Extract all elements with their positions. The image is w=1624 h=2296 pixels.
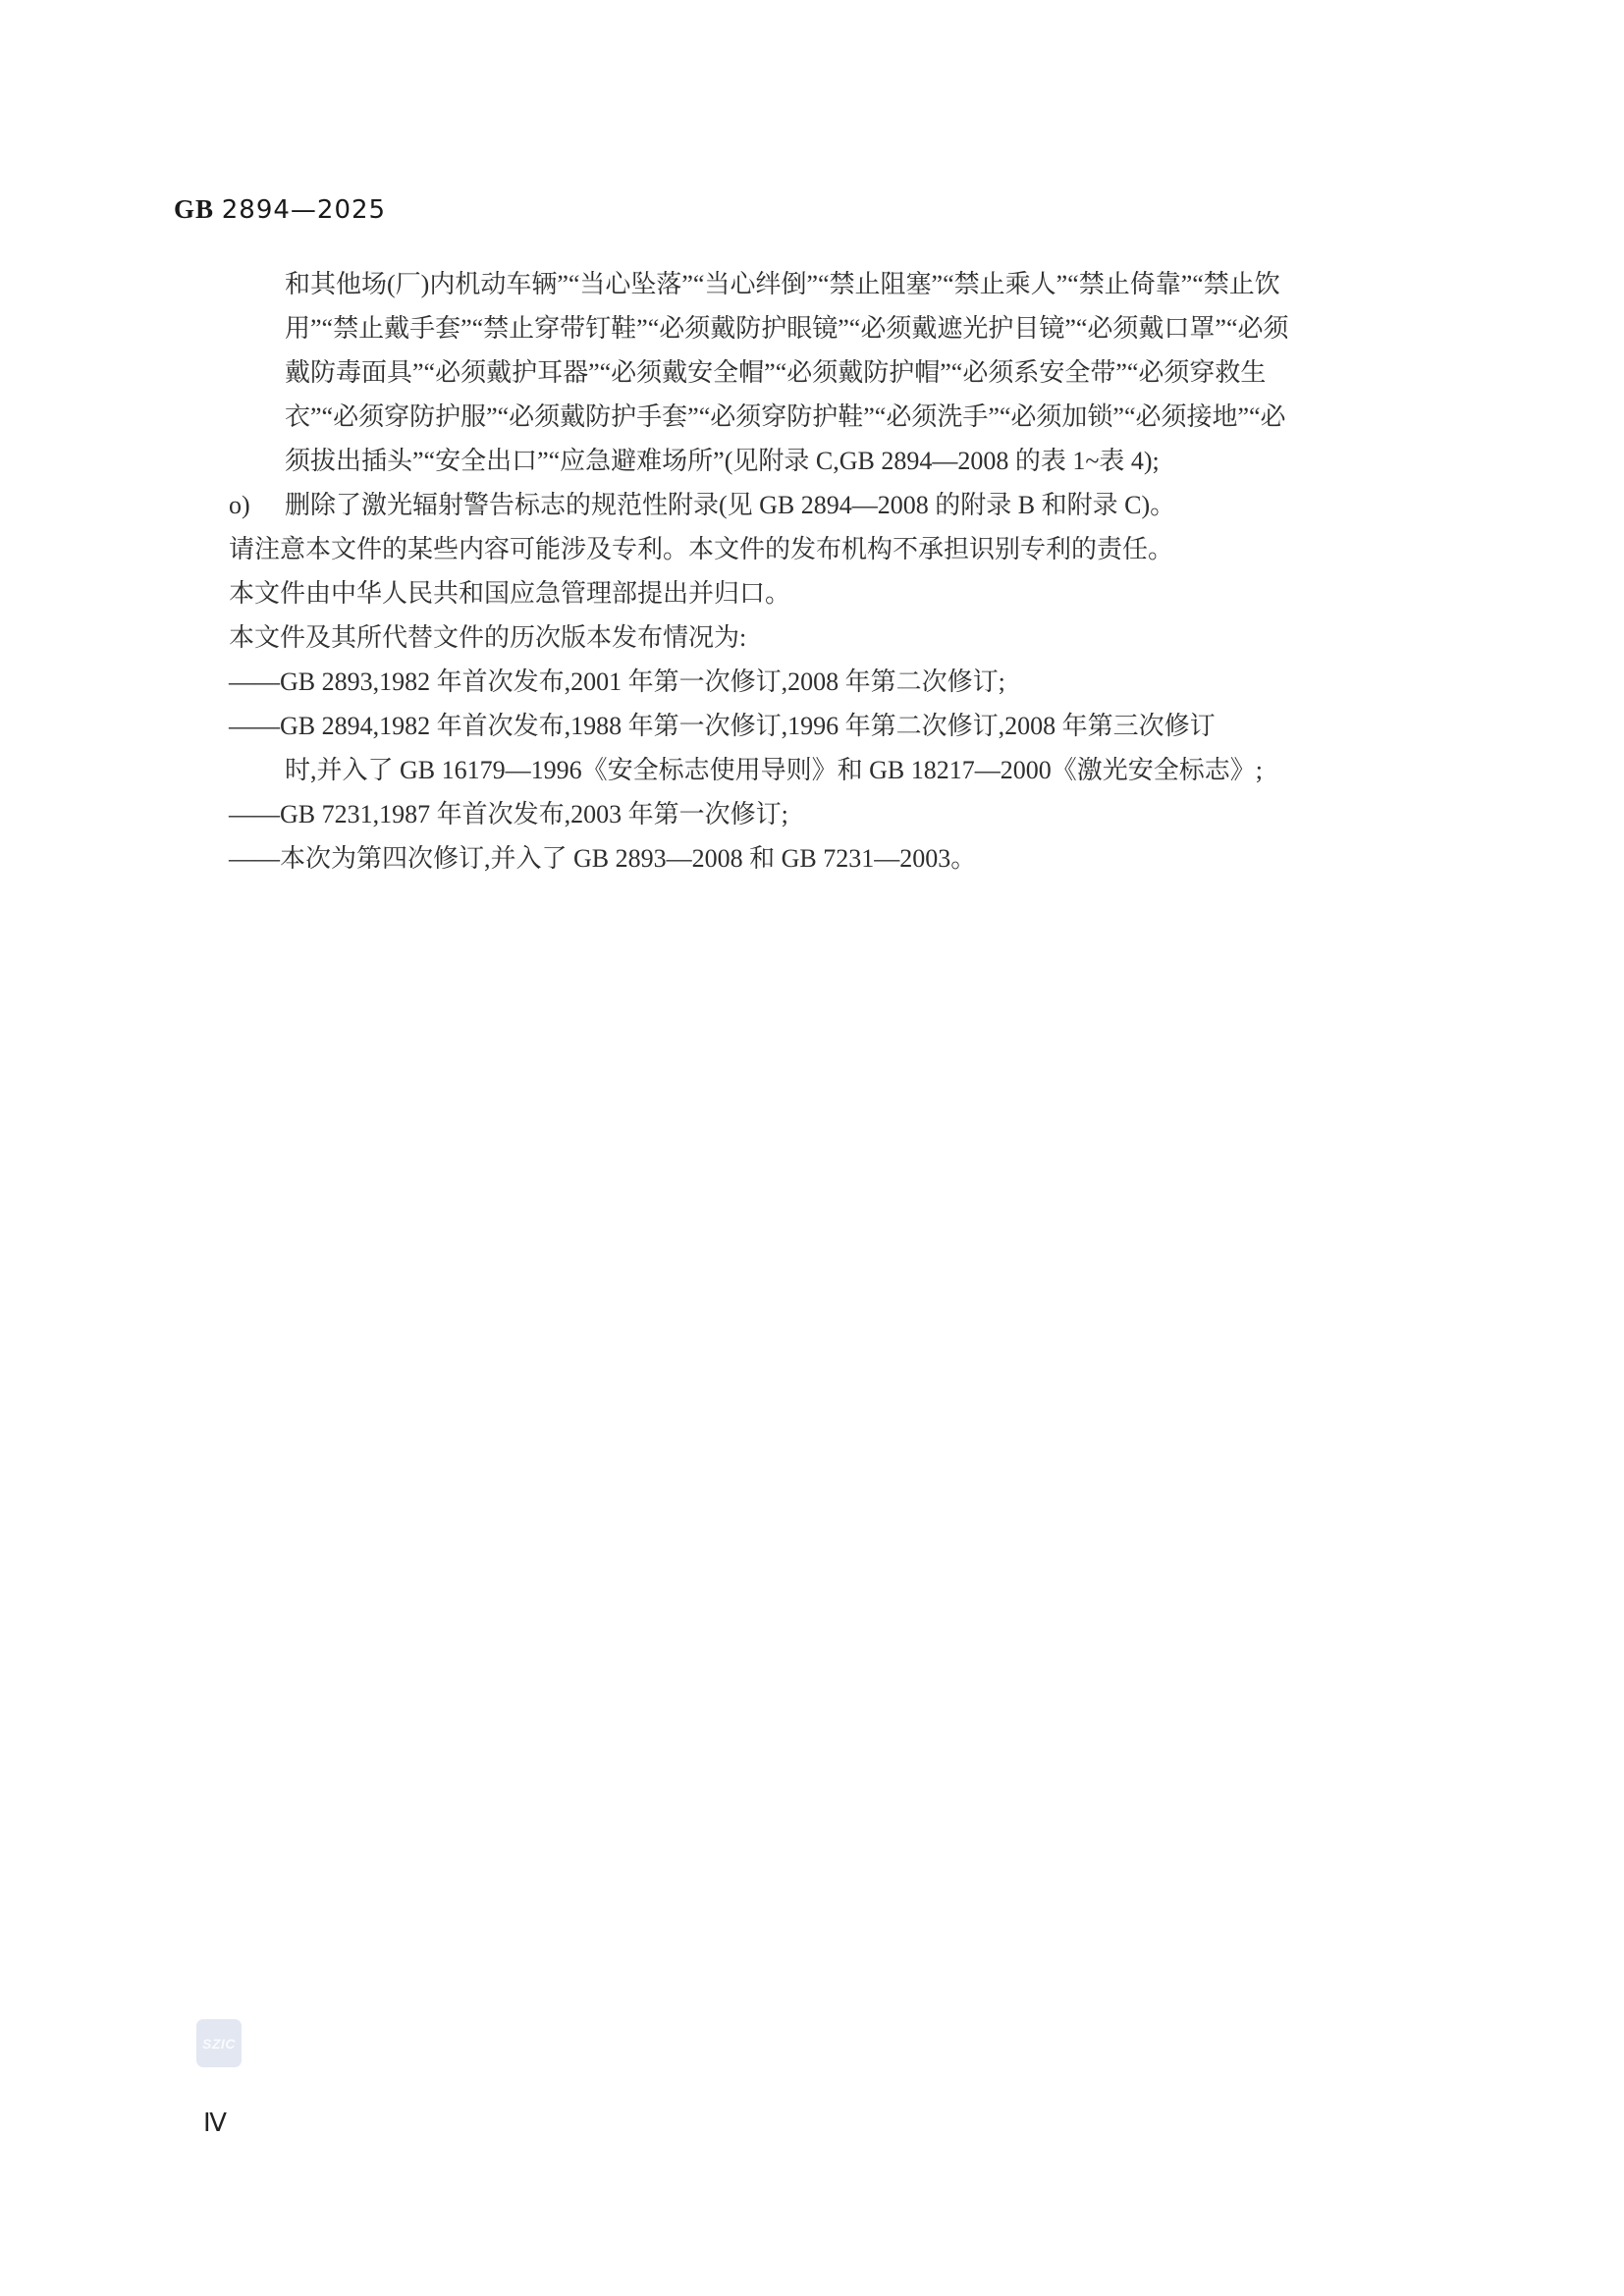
foreword-text-block: 和其他场(厂)内机动车辆”“当心坠落”“当心绊倒”“禁止阻塞”“禁止乘人”“禁止… — [229, 262, 1476, 881]
foreword-continuation-line: 须拔出插头”“安全出口”“应急避难场所”(见附录 C,GB 2894—2008 … — [229, 439, 1476, 483]
foreword-continuation-line: 戴防毒面具”“必须戴护耳器”“必须戴安全帽”“必须戴防护帽”“必须系安全带”“必… — [229, 350, 1476, 395]
history-intro-paragraph: 本文件及其所代替文件的历次版本发布情况为: — [229, 615, 1476, 660]
watermark-logo-text: SZIC — [202, 2036, 236, 2052]
patent-notice-paragraph: 请注意本文件的某些内容可能涉及专利。本文件的发布机构不承担识别专利的责任。 — [229, 527, 1476, 571]
foreword-continuation-line: 衣”“必须穿防护服”“必须戴防护手套”“必须穿防护鞋”“必须洗手”“必须加锁”“… — [229, 395, 1476, 439]
history-item: ——GB 2893,1982 年首次发布,2001 年第一次修订,2008 年第… — [229, 660, 1476, 704]
document-page: GB 2894—2025 和其他场(厂)内机动车辆”“当心坠落”“当心绊倒”“禁… — [0, 0, 1624, 2296]
standard-prefix: GB — [174, 194, 214, 224]
history-item: ——GB 2894,1982 年首次发布,1988 年第一次修订,1996 年第… — [229, 704, 1476, 748]
issuer-paragraph: 本文件由中华人民共和国应急管理部提出并归口。 — [229, 571, 1476, 615]
history-item: ——本次为第四次修订,并入了 GB 2893—2008 和 GB 7231—20… — [229, 836, 1476, 881]
publisher-watermark-logo: SZIC — [196, 2019, 242, 2067]
history-item: ——GB 7231,1987 年首次发布,2003 年第一次修订; — [229, 792, 1476, 836]
page-number: Ⅳ — [203, 2109, 227, 2138]
list-item-marker: o) — [229, 483, 285, 527]
foreword-list-item-o: o)删除了激光辐射警告标志的规范性附录(见 GB 2894—2008 的附录 B… — [229, 483, 1476, 527]
list-item-text: 删除了激光辐射警告标志的规范性附录(见 GB 2894—2008 的附录 B 和… — [285, 491, 1175, 519]
standard-number: GB 2894—2025 — [174, 194, 386, 225]
foreword-continuation-line: 和其他场(厂)内机动车辆”“当心坠落”“当心绊倒”“禁止阻塞”“禁止乘人”“禁止… — [229, 262, 1476, 306]
history-item-continuation: 时,并入了 GB 16179—1996《安全标志使用导则》和 GB 18217—… — [229, 748, 1476, 792]
foreword-continuation-line: 用”“禁止戴手套”“禁止穿带钉鞋”“必须戴防护眼镜”“必须戴遮光护目镜”“必须戴… — [229, 306, 1476, 350]
standard-code: 2894—2025 — [222, 195, 386, 225]
